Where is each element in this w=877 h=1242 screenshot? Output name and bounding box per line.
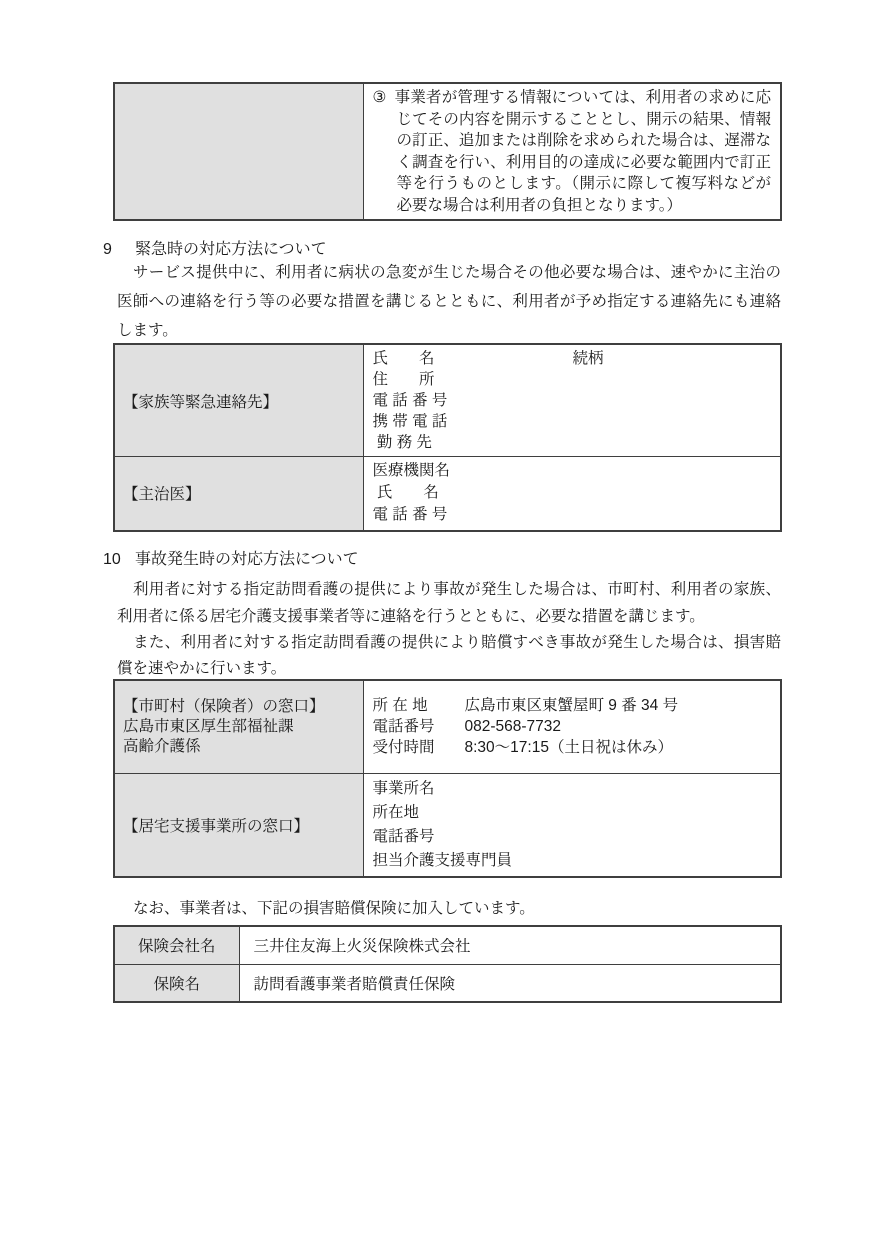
doctor-phone-label: 電 話 番 号 — [373, 504, 772, 526]
phone-label: 電 話 番 号 — [373, 390, 772, 411]
home-support-window-details: 事業所名 所在地 電話番号 担当介護支援専門員 — [363, 773, 781, 877]
section9-title: 緊急時の対応方法について — [135, 240, 327, 260]
table-row: 【市町村（保険者）の窓口】 広島市東区厚生部福祉課 高齢介護係 所 在 地広島市… — [114, 680, 781, 773]
municipal-window-details: 所 在 地広島市東区東蟹屋町 9 番 34 号 電話番号082-568-7732… — [363, 680, 781, 773]
insurance-company-value: 三井住友海上火災保険株式会社 — [239, 926, 781, 964]
address-label: 住 所 — [373, 369, 772, 390]
disclosure-clause-text: 事業者が管理する情報については、利用者の求めに応じてその内容を開示することとし、… — [395, 89, 771, 214]
municipal-header-line1: 【市町村（保険者）の窓口】 — [123, 697, 355, 717]
emergency-contact-table: 【家族等緊急連絡先】 氏 名 続柄 住 所 電 話 番 号 携 帯 電 話 勤 … — [113, 343, 782, 532]
care-manager-label: 担当介護支援専門員 — [373, 849, 772, 873]
section10-heading: 10 事故発生時の対応方法について — [103, 550, 803, 570]
insurance-policy-label: 保険名 — [114, 964, 239, 1002]
disclosure-clause: ③事業者が管理する情報については、利用者の求めに応じてその内容を開示することとし… — [373, 87, 772, 216]
phone-value: 082-568-7732 — [465, 718, 562, 735]
workplace-label: 勤 務 先 — [373, 432, 772, 453]
insurance-policy-value: 訪問看護事業者賠償責任保険 — [239, 964, 781, 1002]
name-line: 氏 名 続柄 — [373, 348, 772, 369]
doctor-fields: 医療機関名 氏 名 電 話 番 号 — [363, 457, 781, 531]
home-support-window-header: 【居宅支援事業所の窓口】 — [114, 773, 363, 877]
office-address-label: 所在地 — [373, 801, 772, 825]
table-row: 保険名 訪問看護事業者賠償責任保険 — [114, 964, 781, 1002]
relation-label: 続柄 — [573, 348, 604, 369]
section10-title: 事故発生時の対応方法について — [135, 550, 359, 570]
doctor-header: 【主治医】 — [114, 457, 363, 531]
family-contact-header: 【家族等緊急連絡先】 — [114, 344, 363, 457]
section9-intro-paragraph: サービス提供中に、利用者に病状の急変が生じた場合その他必要な場合は、速やかに主治… — [117, 258, 781, 345]
document-page: ③事業者が管理する情報については、利用者の求めに応じてその内容を開示することとし… — [0, 0, 877, 1242]
table-row: 【家族等緊急連絡先】 氏 名 続柄 住 所 電 話 番 号 携 帯 電 話 勤 … — [114, 344, 781, 457]
table-row: 【居宅支援事業所の窓口】 事業所名 所在地 電話番号 担当介護支援専門員 — [114, 773, 781, 877]
institution-label: 医療機関名 — [373, 460, 772, 482]
table-row: 保険会社名 三井住友海上火災保険株式会社 — [114, 926, 781, 964]
phone-label: 電話番号 — [373, 716, 453, 737]
section9-number: 9 — [103, 240, 135, 260]
office-phone-label: 電話番号 — [373, 825, 772, 849]
address-value: 広島市東区東蟹屋町 9 番 34 号 — [465, 697, 679, 714]
section10-number: 10 — [103, 550, 135, 570]
insurance-table: 保険会社名 三井住友海上火災保険株式会社 保険名 訪問看護事業者賠償責任保険 — [113, 925, 782, 1003]
section10-paragraph-1: 利用者に対する指定訪問看護の提供により事故が発生した場合は、市町村、利用者の家族… — [117, 576, 781, 630]
hours-value: 8:30～17:15（土日祝は休み） — [465, 739, 673, 756]
family-contact-fields: 氏 名 続柄 住 所 電 話 番 号 携 帯 電 話 勤 務 先 — [363, 344, 781, 457]
contact-window-table: 【市町村（保険者）の窓口】 広島市東区厚生部福祉課 高齢介護係 所 在 地広島市… — [113, 679, 782, 878]
municipal-window-header: 【市町村（保険者）の窓口】 広島市東区厚生部福祉課 高齢介護係 — [114, 680, 363, 773]
address-line: 所 在 地広島市東区東蟹屋町 9 番 34 号 — [373, 695, 772, 716]
hours-label: 受付時間 — [373, 737, 453, 758]
name-label: 氏 名 — [373, 348, 573, 369]
mobile-label: 携 帯 電 話 — [373, 411, 772, 432]
hours-line: 受付時間8:30～17:15（土日祝は休み） — [373, 737, 772, 758]
disclosure-table: ③事業者が管理する情報については、利用者の求めに応じてその内容を開示することとし… — [113, 82, 782, 221]
phone-line: 電話番号082-568-7732 — [373, 716, 772, 737]
table-row: ③事業者が管理する情報については、利用者の求めに応じてその内容を開示することとし… — [114, 83, 781, 220]
office-name-label: 事業所名 — [373, 777, 772, 801]
municipal-header-line2: 広島市東区厚生部福祉課 — [123, 717, 355, 737]
municipal-header-line3: 高齢介護係 — [123, 737, 355, 757]
insurance-company-label: 保険会社名 — [114, 926, 239, 964]
section9-heading: 9 緊急時の対応方法について — [103, 240, 803, 260]
address-label: 所 在 地 — [373, 695, 453, 716]
disclosure-text-cell: ③事業者が管理する情報については、利用者の求めに応じてその内容を開示することとし… — [363, 83, 781, 220]
item-marker-3: ③ — [373, 89, 387, 106]
section10-paragraph-2: また、利用者に対する指定訪問看護の提供により賠償すべき事故が発生した場合は、損害… — [117, 630, 781, 682]
doctor-name-label: 氏 名 — [373, 482, 772, 504]
table-row: 【主治医】 医療機関名 氏 名 電 話 番 号 — [114, 457, 781, 531]
insurance-note: なお、事業者は、下記の損害賠償保険に加入しています。 — [117, 897, 781, 921]
disclosure-header-cell — [114, 83, 363, 220]
